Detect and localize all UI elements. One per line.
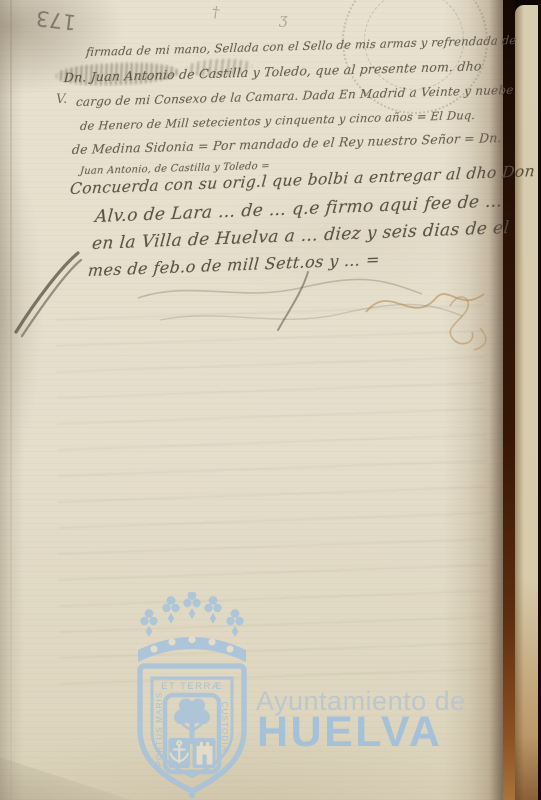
manuscript-scan: 173 † ʒ V. firmada de mi mano, Sellada c… [0, 0, 541, 800]
crest-tree-icon [174, 699, 210, 745]
folio-number: 173 [35, 6, 78, 35]
next-page-edge [515, 5, 538, 800]
crest-motto-right: CUSTODIA [220, 702, 229, 753]
crest-tower-icon [193, 738, 216, 768]
ink-squiggle-mark: ʒ [279, 10, 287, 28]
watermark-huelva: HUELVA [257, 711, 442, 754]
crest-anchor-icon [169, 738, 191, 768]
signature-flourish [130, 272, 510, 354]
huelva-crest-icon: ET TERRÆ PORTUS MARIS CUSTODIA [125, 592, 259, 800]
page-edge-crease [10, 0, 12, 800]
crest-motto-top: ET TERRÆ [161, 681, 223, 692]
ink-bleed-through [56, 298, 487, 694]
crown-trefoils [140, 592, 243, 637]
margin-mark: V. [56, 92, 67, 107]
book-gutter [503, 0, 515, 800]
margin-double-slash [8, 248, 88, 340]
crest-motto-left: PORTUS MARIS [155, 691, 164, 766]
